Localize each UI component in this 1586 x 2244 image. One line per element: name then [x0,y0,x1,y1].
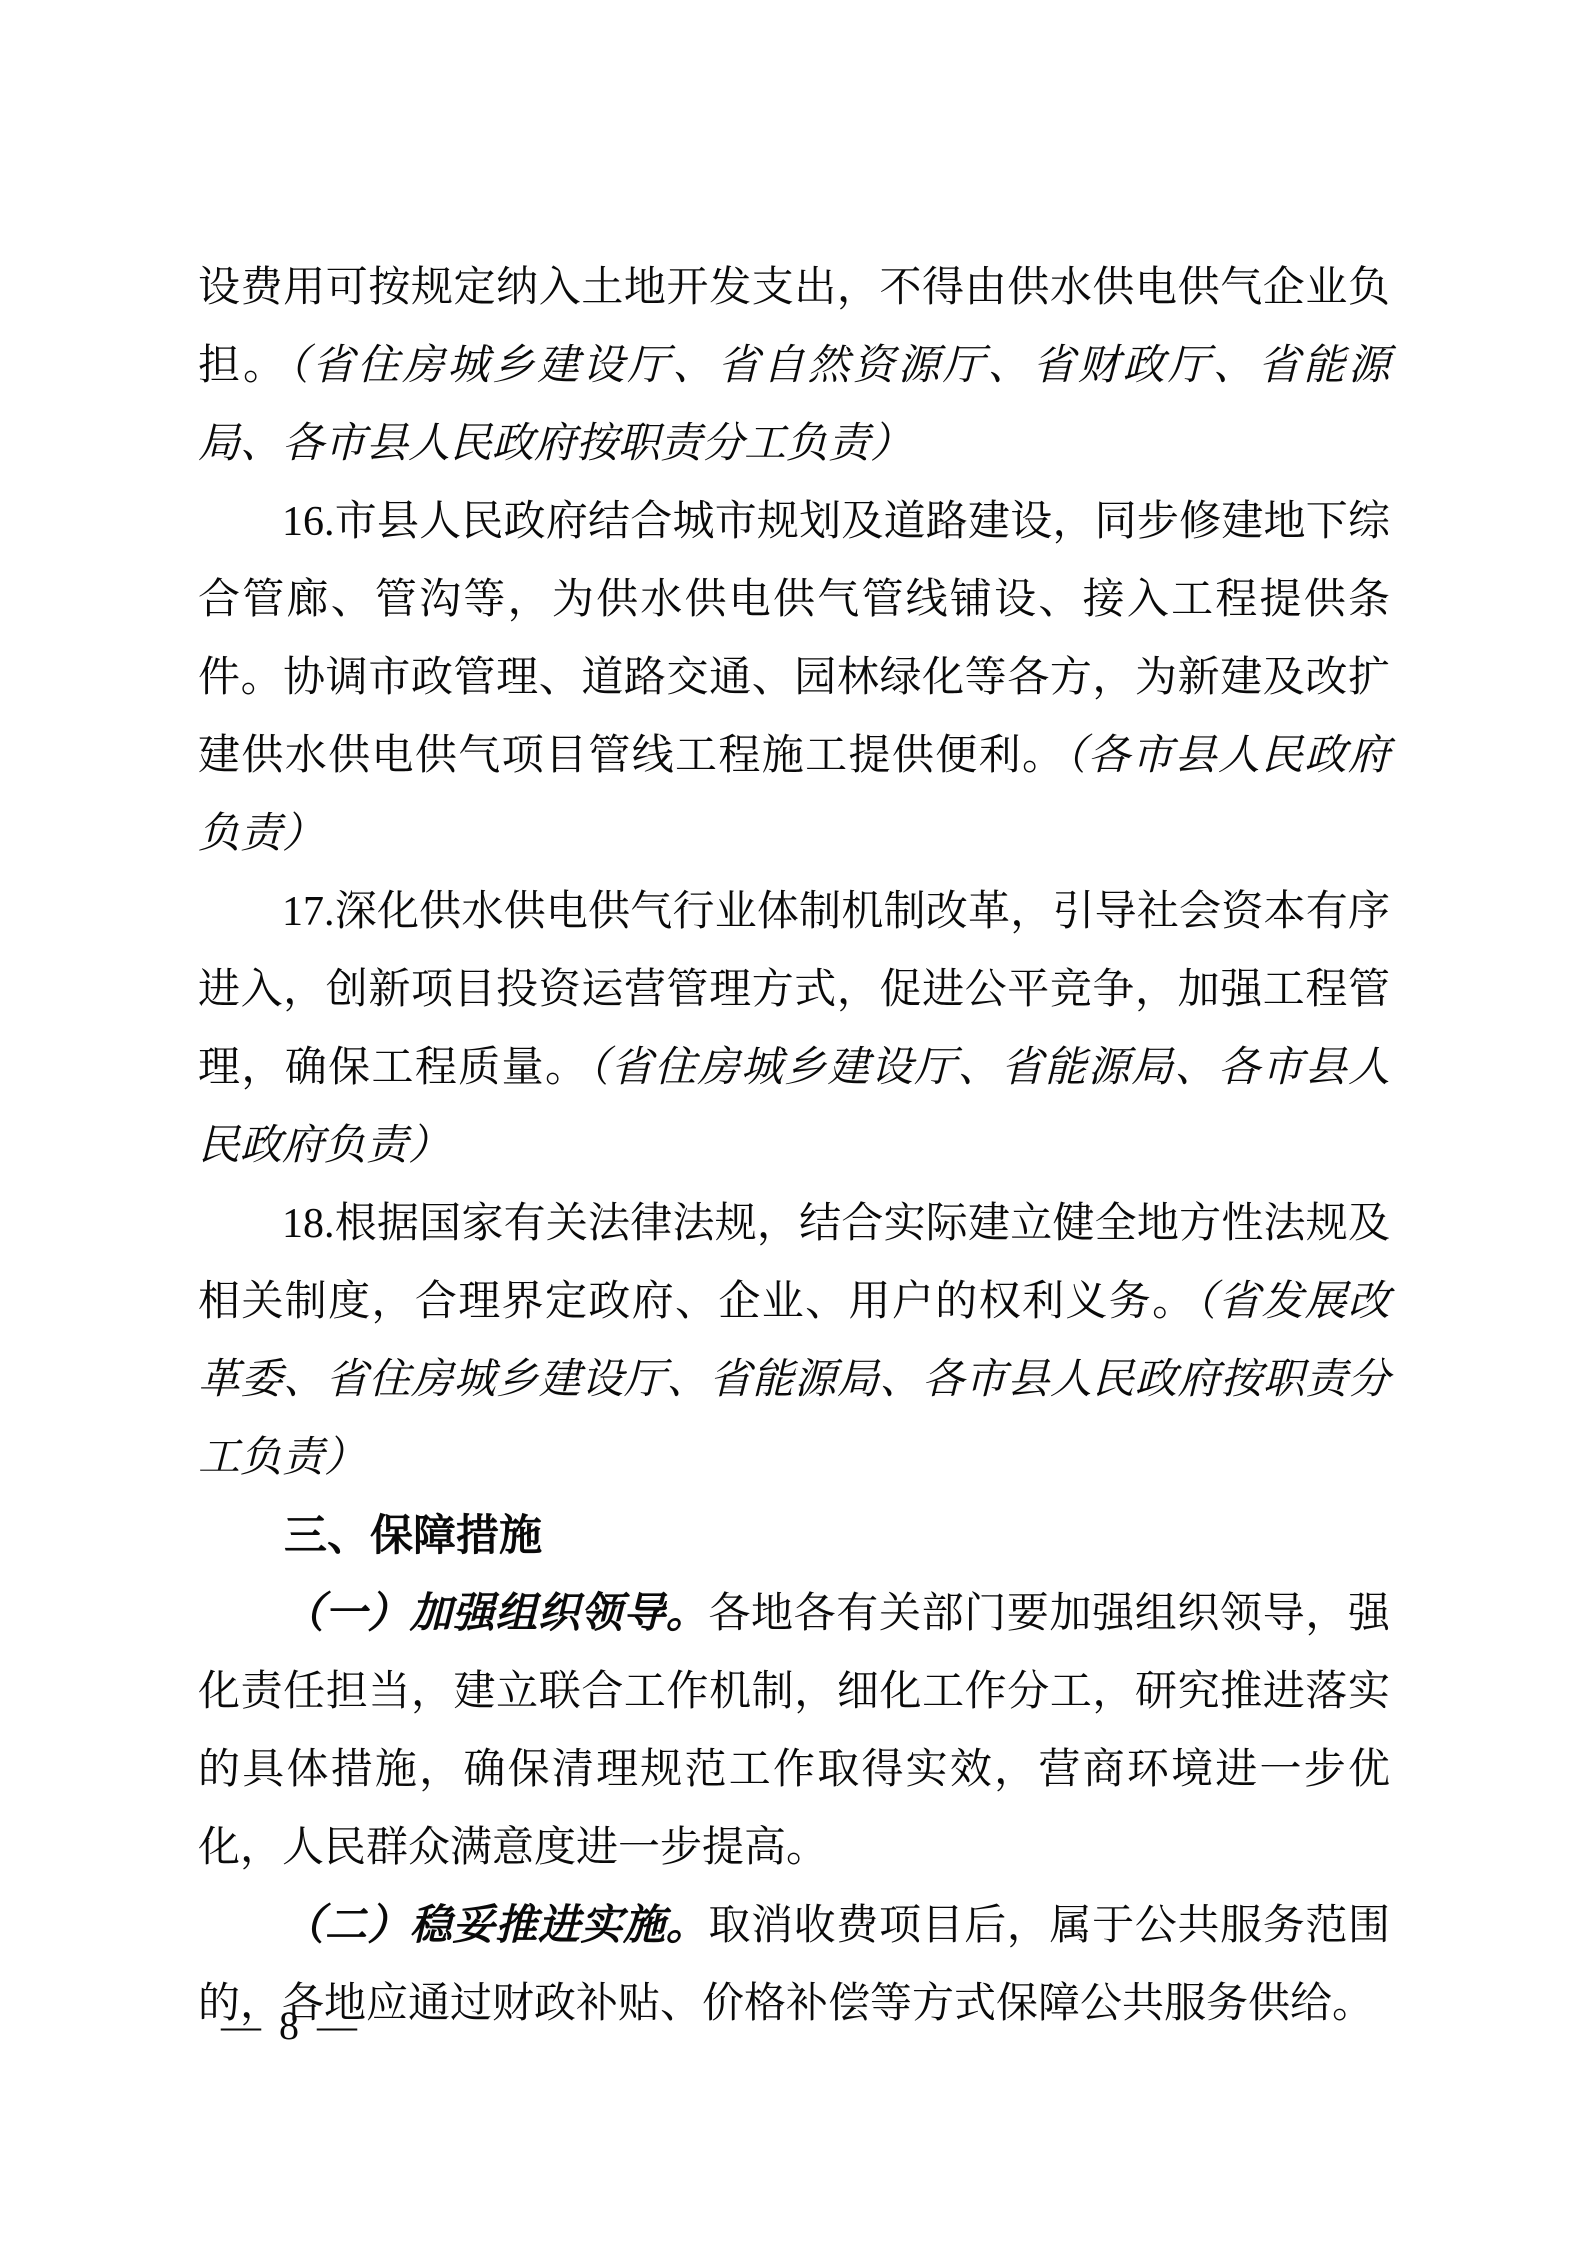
paragraph-15-continuation: 设费用可按规定纳入土地开发支出，不得由供水供电供气企业负担。（省住房城乡建设厅、… [198,249,1390,483]
paragraph-16: 16.市县人民政府结合城市规划及道路建设，同步修建地下综合管廊、管沟等，为供水供… [198,483,1390,873]
section-heading-3: 三、保障措施 [198,1497,1390,1575]
text-run: （省住房城乡建设厅、省自然资源厅、省财政厅、省能源局、各市县人民政府按职责分工负… [198,343,1390,467]
page-number: — 8 — [221,2003,361,2048]
text-run: （二）稳妥推进实施。 [282,1903,708,1949]
document-body: 设费用可按规定纳入土地开发支出，不得由供水供电供气企业负担。（省住房城乡建设厅、… [198,249,1390,2043]
page-footer: — 8 — [221,2003,361,2049]
paragraph-3-1: （一）加强组织领导。各地各有关部门要加强组织领导，强化责任担当，建立联合工作机制… [198,1575,1390,1887]
text-run: （一）加强组织领导。 [282,1591,708,1637]
paragraph-3-2: （二）稳妥推进实施。取消收费项目后，属于公共服务范围的，各地应通过财政补贴、价格… [198,1887,1390,2043]
paragraph-17: 17.深化供水供电供气行业体制机制改革，引导社会资本有序进入，创新项目投资运营管… [198,873,1390,1185]
paragraph-18: 18.根据国家有关法律法规，结合实际建立健全地方性法规及相关制度，合理界定政府、… [198,1185,1390,1497]
document-page: 设费用可按规定纳入土地开发支出，不得由供水供电供气企业负担。（省住房城乡建设厅、… [0,0,1586,2244]
text-run: 三、保障措施 [284,1512,542,1560]
